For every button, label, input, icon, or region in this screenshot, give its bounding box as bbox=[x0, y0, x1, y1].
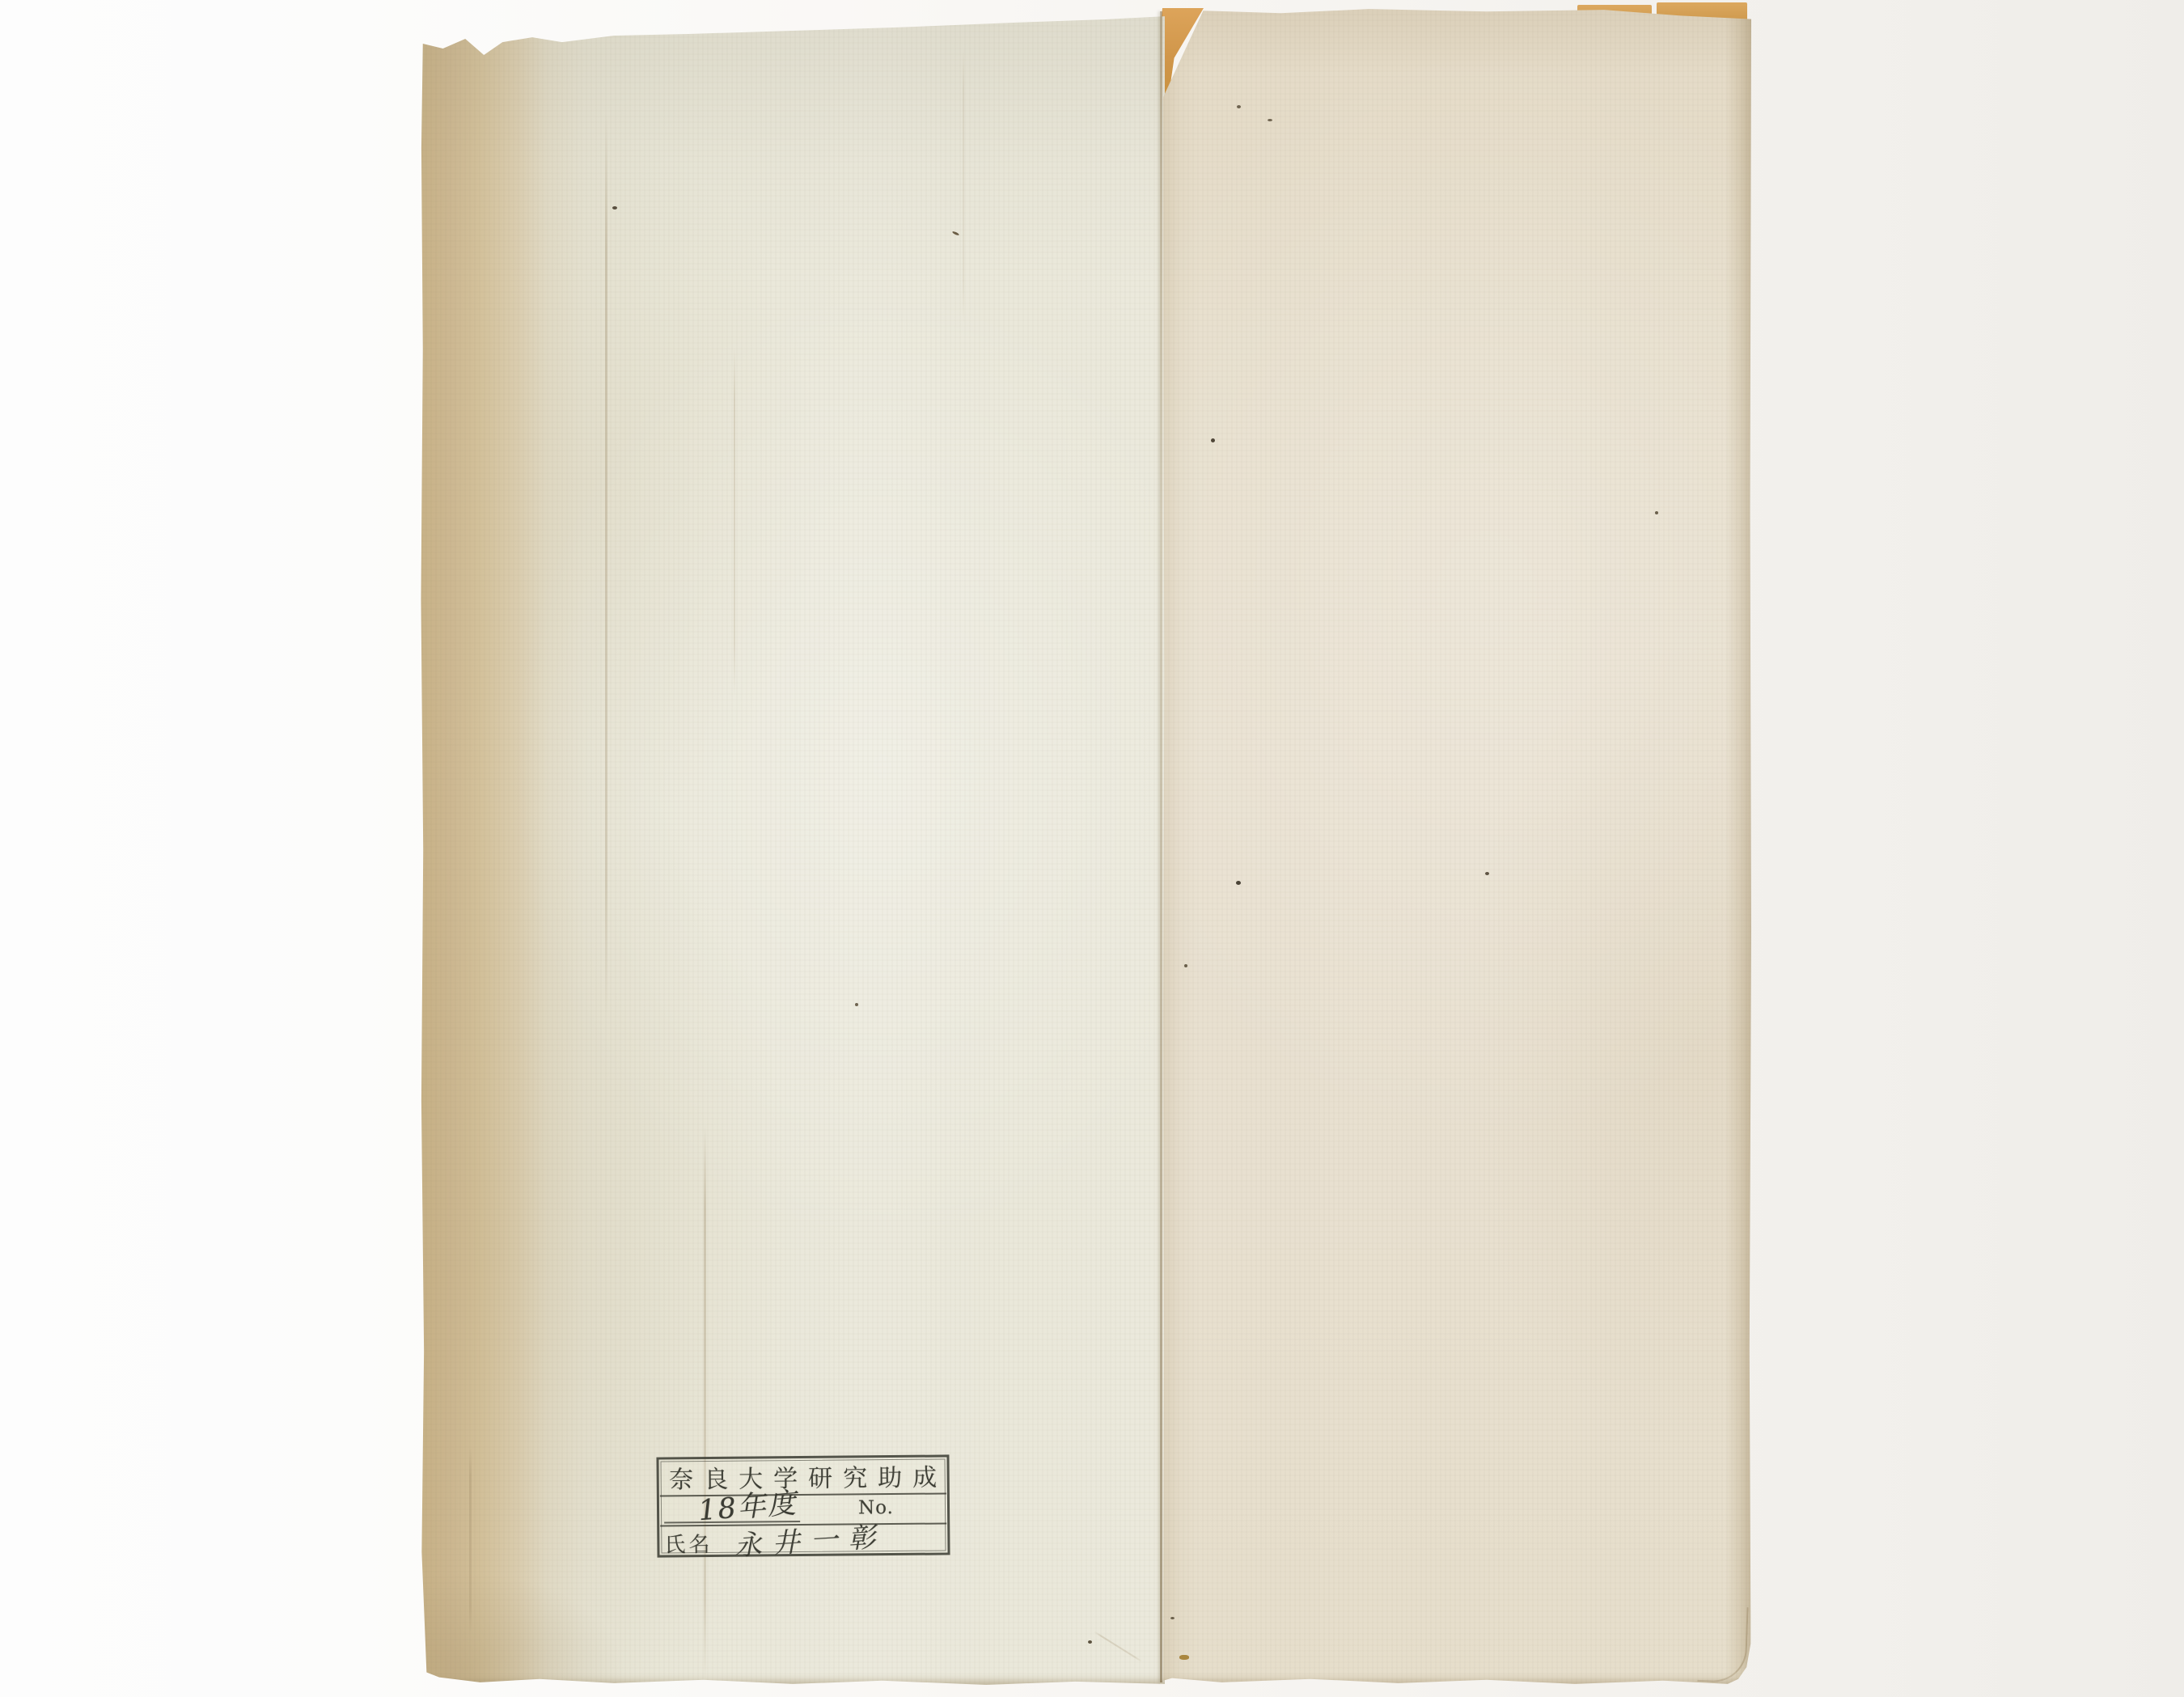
paper-crease bbox=[605, 113, 607, 1019]
paper-speck bbox=[612, 206, 617, 209]
paper-speck bbox=[1179, 1655, 1189, 1660]
paper-speck bbox=[1655, 511, 1658, 514]
paper-left-leaf bbox=[421, 15, 1165, 1686]
paper-speck bbox=[1236, 881, 1241, 885]
stamp-name-label: 氏名 bbox=[664, 1528, 713, 1559]
paper-speck bbox=[1268, 119, 1272, 121]
grant-stamp-box: 奈良大学研究助成 18年度 No. 氏名 永井一彰 bbox=[656, 1454, 950, 1557]
stamp-name-row: 氏名 永井一彰 bbox=[659, 1524, 947, 1551]
paper-right-leaf bbox=[1163, 6, 1751, 1686]
paper-crease bbox=[734, 348, 735, 696]
paper-crease bbox=[704, 1124, 706, 1681]
paper-speck bbox=[1485, 872, 1489, 875]
paper-speck bbox=[855, 1003, 858, 1006]
paper-speck bbox=[1088, 1640, 1092, 1644]
paper-speck bbox=[1184, 964, 1187, 967]
paper-speck bbox=[1237, 105, 1241, 108]
center-fold-line bbox=[1160, 11, 1162, 1682]
paper-crease bbox=[963, 49, 964, 324]
paper-speck bbox=[1170, 1617, 1175, 1619]
paper-speck bbox=[1211, 438, 1215, 442]
paper-crease bbox=[469, 1448, 472, 1634]
scanned-document-background: 奈良大学研究助成 18年度 No. 氏名 永井一彰 bbox=[0, 0, 2184, 1697]
